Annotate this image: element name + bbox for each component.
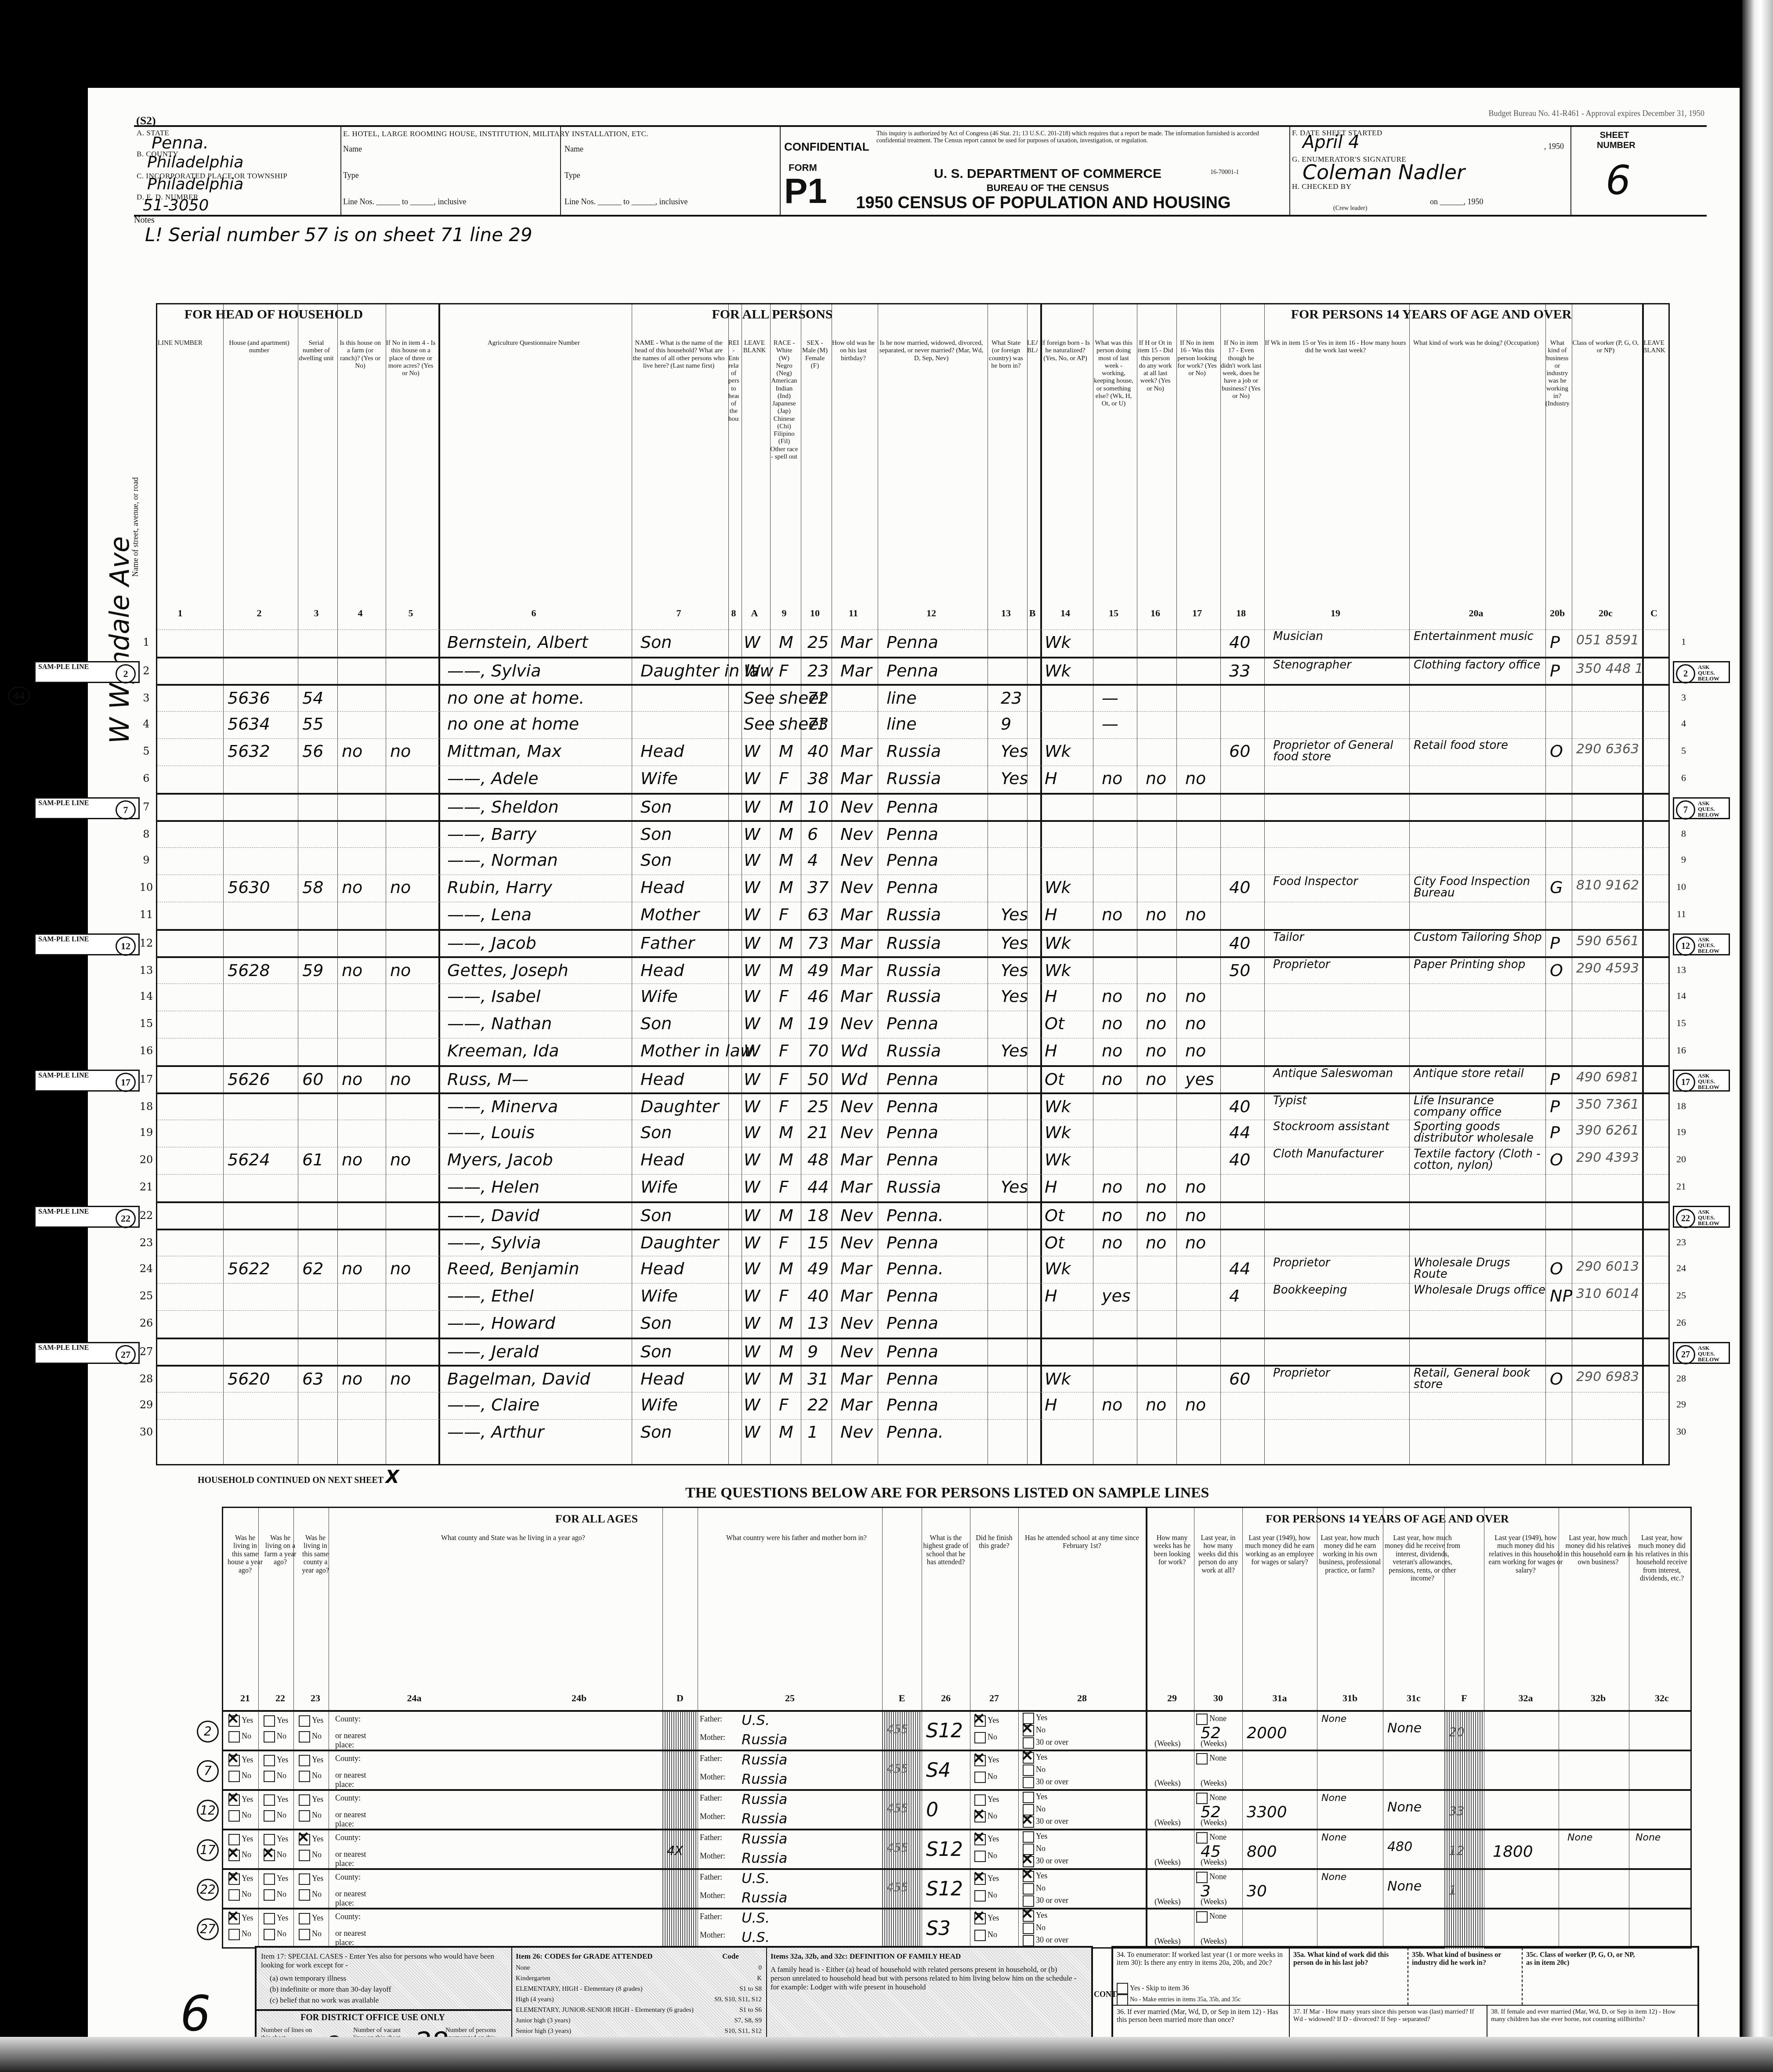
column-number: 5 [386,607,436,618]
relationship: Son [640,633,672,652]
sample-lines-table: FOR ALL AGES FOR PERSONS 14 YEARS OF AGE… [222,1507,1692,1949]
weeks-label: (Weeks) [1154,1858,1181,1867]
acres: no [390,741,411,761]
sex: F [779,1070,789,1089]
acres: no [390,1150,411,1169]
codes-title: Item 26: CODES for GRADE ATTENDED [516,1952,653,1961]
q27-yes[interactable]: Yes [974,1715,999,1727]
sheet-number-label: SHEET NUMBER [1597,130,1632,151]
grade-code-row: High (4 years)S9, S10, S11, S12 [516,1994,762,2005]
person-name: ——, Barry [447,824,536,844]
age: 50 [807,1070,829,1089]
father-birthplace: U.S. [742,1909,770,1926]
birthplace: Russia [886,987,941,1006]
q22-yes[interactable]: Yes [264,1755,288,1766]
farm: no [342,961,362,980]
table-row: 1212SAM-PLE LINE1212ASK QUES. BELOW——, J… [157,929,1668,958]
relationship: Son [640,797,672,817]
f-value: 12 [1449,1844,1465,1858]
sex: F [779,1177,789,1197]
q22-yes[interactable]: Yes [264,1834,288,1845]
leave-blank-code: 290 6363 [1576,741,1639,757]
q22-yes[interactable]: Yes [264,1715,288,1727]
q28-yes[interactable]: Yes [1023,1871,1047,1882]
date-year: , 1950 [1544,142,1564,151]
sex: M [779,824,793,844]
section-all-persons: FOR ALL PERSONS [377,307,1168,322]
household-continued-mark: X [386,1467,399,1487]
occupation: Food Inspector [1273,876,1405,887]
form-title: 1950 CENSUS OF POPULATION AND HOUSING [846,194,1241,213]
birthplace: Penna [886,1395,938,1414]
marital-status: Mar [840,933,872,953]
leave-blank-d [662,1909,698,1949]
table-row: 2121——, HelenWifeWF44MarRussiaYesHnonono [157,1174,1668,1202]
q23-yes[interactable]: Yes [299,1873,323,1885]
acres: no [390,878,411,897]
q27-no[interactable]: No [974,1811,997,1822]
class-of-worker: O [1550,1259,1563,1278]
birthplace: Penna. [886,1422,944,1442]
q23-yes[interactable]: Yes [299,1913,323,1924]
q30-none[interactable]: None [1196,1714,1227,1725]
sex: F [779,661,789,680]
activity: H [1045,769,1057,788]
q28-yes[interactable]: Yes [1023,1792,1047,1803]
section-14-over: FOR PERSONS 14 YEARS OF AGE AND OVER [1212,307,1651,322]
person-name: Bernstein, Albert [447,633,588,652]
sheet-number-block: SHEET NUMBER 6 [1570,127,1707,215]
q21-no[interactable]: No [228,1850,251,1861]
line-number: 21 [137,1181,155,1193]
column-header: What kind of business or industry was he… [1545,340,1569,594]
household-continued-label: HOUSEHOLD CONTINUED ON NEXT SHEET X [198,1467,399,1487]
q27-yes[interactable]: Yes [974,1794,999,1806]
codes-col: Code [722,1952,739,1961]
q23-yes[interactable]: Yes [299,1715,323,1727]
race: W [744,878,760,897]
q27-no[interactable]: No [974,1851,997,1862]
county-label: County: [335,1833,361,1842]
marital-status: Nev [840,878,873,897]
q22-no[interactable]: No [264,1850,286,1861]
title-block: CONFIDENTIAL This inquiry is authorized … [780,127,1290,215]
serial-number: 62 [302,1259,323,1278]
leave-blank-code: 290 6013 [1576,1259,1639,1274]
marital-status: Nev [840,824,873,844]
q23-yes[interactable]: Yes [299,1755,323,1766]
farm: no [342,1259,362,1278]
e-value: 455 [886,1881,908,1895]
q23-no[interactable]: No [299,1731,322,1743]
line-number: 13 [137,964,155,976]
line-number: 8 [137,828,155,840]
q23-no[interactable]: No [299,1889,322,1901]
relationship: Son [640,1206,672,1225]
serial-number: 61 [302,1150,323,1169]
business-income: None [1321,1714,1346,1725]
line-number: 11 [137,908,155,921]
birthplace: Penna [886,797,938,817]
race: W [744,1422,760,1442]
sample-column-number: 31a [1242,1692,1317,1703]
industry: Wholesale Drugs office [1414,1284,1545,1296]
line-number: 14 [137,990,155,1002]
occupation: Stockroom assistant [1273,1121,1405,1132]
line-number-right: 15 [1676,1017,1686,1029]
q30-none[interactable]: None [1196,1872,1227,1883]
line-number-right: 29 [1676,1399,1686,1410]
table-row: 1010563058nonoRubin, HarryHeadWM37NevPen… [157,875,1668,902]
q22-yes[interactable]: Yes [264,1913,288,1924]
activity: H [1045,1286,1057,1305]
column-number: 7 [632,607,726,618]
q27-no[interactable]: No [974,1930,997,1941]
sample-question-q28: Has he attended school at any time since… [1018,1534,1146,1692]
birthplace: Russia [886,961,941,980]
acres: no [390,1259,411,1278]
table-row: 3030——, ArthurSonWM1NevPenna. [157,1419,1668,1447]
class-of-worker: P [1550,633,1560,652]
line-number-right: 6 [1681,772,1686,784]
occupation: Tailor [1273,932,1405,943]
q28-yes[interactable]: Yes [1023,1752,1047,1764]
q27-yes[interactable]: Yes [974,1755,999,1766]
activity: Wk [1045,1150,1071,1169]
q23-no[interactable]: No [299,1810,322,1822]
leave-blank-code: 390 6261 [1576,1123,1639,1138]
sample-column-number: 29 [1150,1692,1194,1703]
other-income: None [1387,1879,1422,1894]
q21-yes[interactable]: Yes [228,1755,253,1766]
q28-yes[interactable]: Yes [1023,1910,1047,1922]
marital-status: Nev [840,1097,873,1116]
occupation: Cloth Manufacturer [1273,1148,1405,1160]
line-number-right: 21 [1676,1181,1686,1192]
column-header: House (and apartment) number [223,340,295,594]
activity: Wk [1045,661,1071,680]
class-of-worker: O [1550,741,1563,761]
q28-no[interactable]: No [1023,1883,1046,1895]
marital-status: Mar [840,961,872,980]
birthplace: Penna [886,1286,938,1305]
line-number-right: 3 [1681,692,1686,703]
birthplace: line [886,714,917,734]
sample-question-q21: Was he living in this same house a year … [228,1534,263,1692]
naturalized: Yes [1001,1177,1028,1197]
type-label-2: Type [564,171,580,180]
activity: Ot [1045,1014,1064,1033]
relationship: Father [640,933,695,953]
q23-no[interactable]: No [299,1771,322,1782]
q27-yes[interactable]: Yes [974,1913,999,1924]
occupation: Typist [1273,1095,1405,1107]
race: W [744,1014,760,1033]
line-number-right: 25 [1676,1290,1686,1301]
class-of-worker: P [1550,933,1560,953]
date-started: April 4 [1303,132,1360,152]
birthplace: Penna [886,1097,938,1116]
industry: Life Insurance company office [1414,1095,1545,1118]
q21-no[interactable]: No [228,1771,251,1782]
leave-blank-code: 490 6981 [1576,1070,1639,1085]
relationship: Daughter [640,1097,719,1116]
q28-no[interactable]: No [1023,1923,1046,1934]
sample-line-number: 22 [197,1879,219,1901]
age: 22 [807,1395,829,1414]
column-header: NAME - What is the name of the head of t… [632,340,726,594]
column-number: 2 [223,607,295,618]
marital-status: Mar [840,1177,872,1197]
has-job: no [1185,1395,1206,1414]
farm: no [342,1369,362,1389]
q21-yes[interactable]: Yes [228,1794,253,1806]
sex: M [779,741,793,761]
ask-questions-marker: 17ASK QUES. BELOW [1673,1070,1730,1092]
q30-none[interactable]: None [1196,1753,1227,1765]
q28-yes[interactable]: Yes [1023,1831,1047,1843]
column-header: Agriculture Questionnaire Number [438,340,629,594]
nearest-place-label: or nearest place: [335,1929,375,1947]
sample-column-number: 24a [333,1692,496,1703]
line-number: 6 [137,772,155,785]
sex: F [779,1233,789,1252]
marital-status: Mar [840,1369,872,1389]
column-number: 20c [1572,607,1639,618]
line-number: 30 [137,1426,155,1438]
marital-status: Mar [840,905,872,924]
activity: Ot [1045,1233,1064,1252]
person-name: Myers, Jacob [447,1150,553,1169]
relationship: Head [640,961,684,980]
naturalized: Yes [1001,905,1028,924]
q27-no[interactable]: No [974,1890,997,1902]
serial-number: 60 [302,1070,323,1089]
naturalized: Yes [1001,933,1028,953]
confidential-label: CONFIDENTIAL [784,140,869,154]
class-of-worker: NP [1550,1286,1572,1305]
father-birthplace: Russia [742,1830,787,1847]
hours-worked: 40 [1229,933,1250,953]
activity: Ot [1045,1070,1064,1089]
q22-yes[interactable]: Yes [264,1873,288,1885]
nearest-place-label: or nearest place: [335,1850,375,1868]
age: 40 [807,1286,829,1305]
leave-blank-code: 310 6014 [1576,1286,1639,1302]
sample-column-number: 22 [263,1692,298,1703]
family-head-title: Items 32a, 32b, and 32c: DEFINITION OF F… [771,1952,1078,1961]
activity: H [1045,1177,1057,1197]
line-number: 1 [137,636,155,648]
serial-number: 58 [302,878,323,897]
race: W [744,1259,760,1278]
sample-line-marker: SAM-PLE LINE12 [34,933,140,955]
marital-status: Nev [840,1342,873,1361]
leave-blank-code: 290 4393 [1576,1150,1639,1165]
column-number: C [1642,607,1666,618]
q23-yes[interactable]: Yes [299,1834,323,1845]
q30-none[interactable]: None [1196,1793,1227,1804]
birthplace: Penna [886,878,938,897]
column-number: 20b [1545,607,1569,618]
sex: F [779,987,789,1006]
birthplace: Penna [886,1313,938,1333]
age: 1 [807,1422,818,1442]
line-number: 10 [137,881,155,893]
q22-no[interactable]: No [264,1731,286,1743]
column-number: 11 [832,607,875,618]
county-label: County: [335,1714,361,1724]
q21-no[interactable]: No [228,1889,251,1901]
table-row: 2222SAM-PLE LINE2222ASK QUES. BELOW——, D… [157,1201,1668,1230]
table-row: 2020562461nonoMyers, JacobHeadWM48MarPen… [157,1147,1668,1175]
activity: Ot [1045,1206,1064,1225]
sex: M [779,1150,793,1169]
other-income: None [1387,1721,1422,1736]
age: 70 [807,1041,829,1060]
sex: M [779,933,793,953]
occupation: Proprietor of General food store [1273,740,1405,763]
relatives-wage-income: 1800 [1493,1843,1533,1861]
house-number: 5634 [228,714,270,734]
q28-no[interactable]: No [1023,1725,1046,1736]
has-job: no [1185,769,1206,788]
q21-yes[interactable]: Yes [228,1834,253,1845]
table-row: 2727SAM-PLE LINE2727ASK QUES. BELOW——, J… [157,1338,1668,1367]
wage-income: 30 [1247,1882,1267,1900]
relationship: Wife [640,769,678,788]
weeks-label: (Weeks) [1154,1779,1181,1788]
naturalized: Yes [1001,769,1028,788]
has-job: no [1185,1206,1206,1225]
q21-no[interactable]: No [228,1731,251,1743]
q27-no[interactable]: No [974,1772,997,1783]
column-header: What kind of work was he doing? (Occupat… [1409,340,1543,594]
looking-for-work: no [1146,1014,1166,1033]
looking-for-work: no [1146,1395,1166,1414]
age: 49 [807,1259,829,1278]
person-name: ——, Minerva [447,1097,558,1116]
leave-blank-code: 590 6561 [1576,933,1639,949]
line-number: 16 [137,1045,155,1057]
ask-questions-marker: 7ASK QUES. BELOW [1673,797,1730,819]
activity: Wk [1045,878,1071,897]
leave-blank-d [662,1791,698,1830]
marital-status: Nev [840,1206,873,1225]
person-name: Bagelman, David [447,1369,590,1389]
sex: M [779,878,793,897]
line-number: 19 [137,1126,155,1139]
looking-for-work: no [1146,905,1166,924]
mother-birthplace: Russia [742,1731,787,1748]
section-head-household: FOR HEAD OF HOUSEHOLD [179,307,368,322]
q22-no[interactable]: No [264,1929,286,1940]
institution-block: e. HOTEL, LARGE ROOMING HOUSE, INSTITUTI… [340,127,781,215]
q21-no[interactable]: No [228,1929,251,1940]
relationship: Son [640,1342,672,1361]
q21-no[interactable]: No [228,1810,251,1822]
table-row: 1616Kreeman, IdaMother in lawWF70WdRussi… [157,1038,1668,1066]
q37: 37. If Mar - How many years since this p… [1293,2008,1478,2023]
sex: M [779,1369,793,1389]
table-row: 2626——, HowardSonWM13NevPenna [157,1310,1668,1338]
class-of-worker: P [1550,1097,1560,1116]
q30-none[interactable]: None [1196,1911,1227,1923]
relationship: Son [640,1014,672,1033]
q23-yes[interactable]: Yes [299,1794,323,1806]
q22-no[interactable]: No [264,1810,286,1822]
q22-yes[interactable]: Yes [264,1794,288,1806]
q28-30-or-over[interactable]: 30 or over [1023,1777,1068,1788]
census-sheet: (S2) Budget Bureau No. 41-R461 - Approva… [88,88,1740,2047]
q28-30-or-over[interactable]: 30 or over [1023,1816,1068,1828]
activity: H [1045,1041,1057,1060]
column-header: Is this house on a farm (or ranch)? (Yes… [337,340,383,594]
highest-grade: S12 [926,1838,963,1861]
table-row: 1818——, MinervaDaughterWF25NevPennaWk40T… [157,1092,1668,1121]
father-label: Father: [700,1754,722,1763]
occupation: Antique Saleswoman [1273,1068,1405,1079]
q35b: 35b. What kind of business or industry d… [1412,1951,1517,1967]
q21-yes[interactable]: Yes [228,1873,253,1885]
district-title: FOR DISTRICT OFFICE USE ONLY [300,2013,445,2023]
q21-yes[interactable]: Yes [228,1715,253,1727]
name-label-2: Name [564,145,583,154]
column-number: 20a [1409,607,1543,618]
hours-worked: 60 [1229,741,1250,761]
looking-for-work: no [1146,1233,1166,1252]
crew-leader-label: (Crew leader) [1333,205,1367,212]
q34-no[interactable]: No - Make entries in items 35a, 35b, and… [1117,1994,1241,2006]
county-label: County: [335,1873,361,1882]
q22-no[interactable]: No [264,1889,286,1901]
column-number: 1 [140,607,221,618]
q34-yes[interactable]: Yes - Skip to item 36 [1117,1983,1189,1994]
sample-question-q29: How many weeks has he been looking for w… [1150,1534,1194,1692]
column-header: If Wk in item 15 or Yes in item 16 - How… [1264,340,1407,594]
table-row: 1717SAM-PLE LINE1717ASK QUES. BELOW56266… [157,1065,1668,1094]
leave-blank-code: 051 8591 [1576,633,1639,648]
industry: Clothing factory office [1414,659,1545,671]
looking-for-work: no [1146,987,1166,1006]
q21-yes[interactable]: Yes [228,1913,253,1924]
q28-30-or-over[interactable]: 30 or over [1023,1935,1068,1946]
sample-line-number: 17 [197,1839,219,1861]
father-label: Father: [700,1833,722,1842]
q23-no[interactable]: No [299,1929,322,1940]
occupation: Stenographer [1273,659,1405,671]
line-number-right: 1 [1681,636,1686,647]
q27-yes[interactable]: Yes [974,1834,999,1845]
person-name: ——, Jacob [447,933,536,953]
marital-status: Mar [840,987,872,1006]
on-label: on ______, 1950 [1430,197,1484,206]
age: 10 [807,797,829,817]
birthplace: Penna [886,633,938,652]
marital-status: Mar [840,1259,872,1278]
q28-no[interactable]: No [1023,1765,1046,1776]
q22-no[interactable]: No [264,1771,286,1782]
q27-no[interactable]: No [974,1732,997,1743]
enumeration-table: FOR HEAD OF HOUSEHOLD FOR ALL PERSONS FO… [156,303,1670,1465]
sample-line-number: 2 [197,1721,219,1743]
county-label: County: [335,1912,361,1921]
q30-none[interactable]: None [1196,1832,1227,1844]
column-header: If foreign born - Is he naturalized? (Ye… [1040,340,1090,594]
q23-no[interactable]: No [299,1850,322,1861]
q27-yes[interactable]: Yes [974,1873,999,1885]
weeks-label-2: (Weeks) [1201,1937,1227,1946]
